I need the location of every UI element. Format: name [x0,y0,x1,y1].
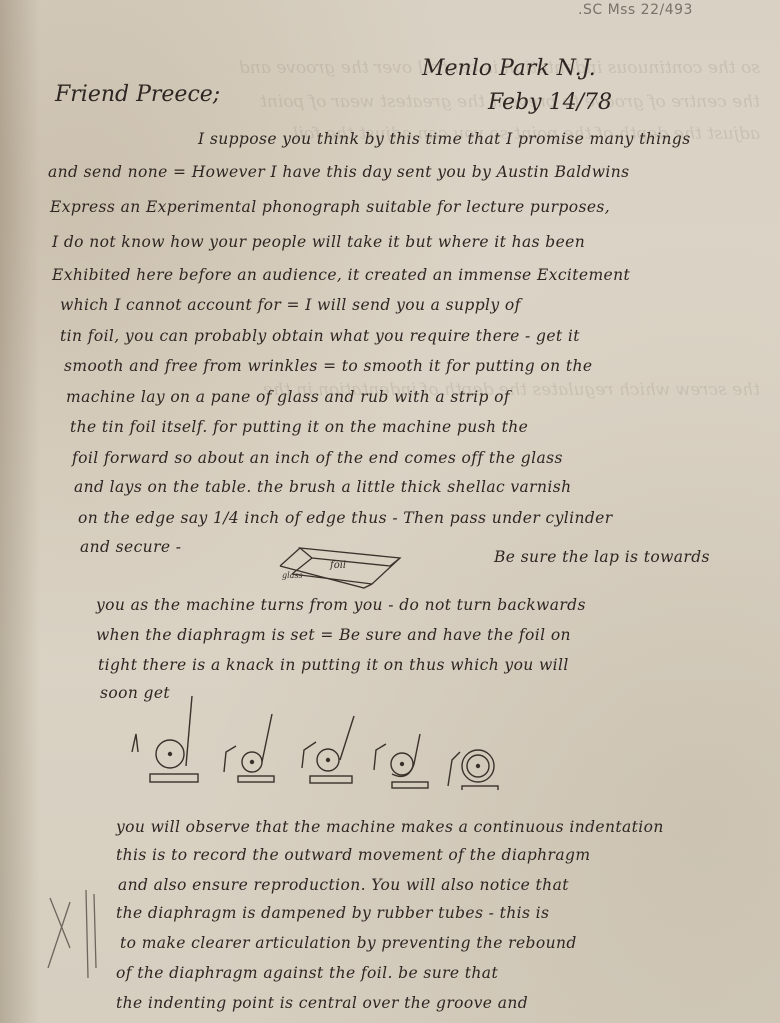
letter-place: Menlo Park N.J. [422,56,596,81]
body-line: the indenting point is central over the … [116,994,528,1012]
body-line: and lays on the table. the brush a littl… [74,478,571,496]
archive-reference: .SC Mss 22/493 [578,2,693,18]
body-line: on the edge say 1/4 inch of edge thus - … [78,509,613,527]
diaphragm-sketch [130,690,510,790]
salutation: Friend Preece; [55,82,220,107]
body-line: which I cannot account for = I will send… [60,296,521,314]
body-line: to make clearer articulation by preventi… [120,934,577,952]
body-line: tight there is a knack in putting it on … [98,656,569,674]
body-line: and send none = However I have this day … [48,163,630,181]
letter-date: Feby 14/78 [488,90,612,115]
body-line: foil forward so about an inch of the end… [72,449,563,467]
page-edge-shadow [0,0,40,1023]
body-line: Exhibited here before an audience, it cr… [52,266,630,284]
foil-sketch: foil glass [272,544,412,592]
letter-page: so the continuous indentation is central… [0,0,780,1023]
body-line: the diaphragm is dampened by rubber tube… [116,904,549,922]
body-line: and also ensure reproduction. You will a… [118,876,569,894]
body-line: and secure - [80,538,181,556]
body-line: I suppose you think by this time that I … [198,130,691,148]
svg-text:glass: glass [282,571,303,580]
body-line: of the diaphragm against the foil. be su… [116,964,498,982]
body-line: tin foil, you can probably obtain what y… [60,327,580,345]
body-line: the tin foil itself. for putting it on t… [70,418,528,436]
body-line: machine lay on a pane of glass and rub w… [66,388,510,406]
margin-x-mark [40,888,100,988]
body-line: smooth and free from wrinkles = to smoot… [64,357,592,375]
body-line: Express an Experimental phonograph suita… [50,198,610,216]
body-line: when the diaphragm is set = Be sure and … [96,626,571,644]
body-line: Be sure the lap is towards [494,548,710,566]
body-line: this is to record the outward movement o… [116,846,590,864]
body-line: I do not know how your people will take … [52,233,585,251]
body-line: you as the machine turns from you - do n… [96,596,586,614]
body-line: you will observe that the machine makes … [116,818,664,836]
bleed-through: the centre of groove to prevent the grea… [130,92,760,112]
svg-text:foil: foil [329,560,346,571]
